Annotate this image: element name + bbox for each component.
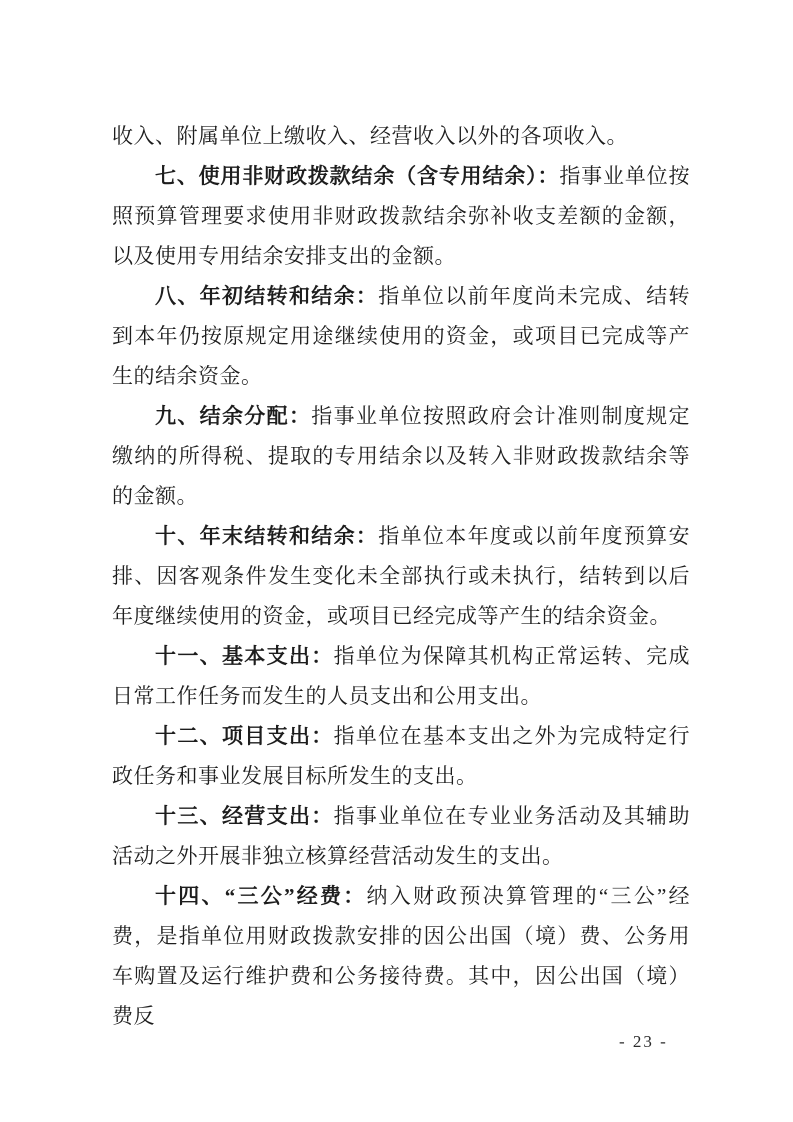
term-label: 十、年末结转和结余： xyxy=(155,524,378,548)
continuation-text: 收入、附属单位上缴收入、经营收入以外的各项收入。 xyxy=(112,124,628,148)
term-label: 十二、项目支出： xyxy=(155,724,334,748)
term-label: 十一、基本支出： xyxy=(155,644,334,668)
definition-paragraph-9: 九、结余分配：指事业单位按照政府会计准则制度规定缴纳的所得税、提取的专用结余以及… xyxy=(112,396,690,516)
document-page: 收入、附属单位上缴收入、经营收入以外的各项收入。 七、使用非财政拨款结余（含专用… xyxy=(0,0,793,1122)
term-label: 十四、“三公”经费： xyxy=(155,884,366,908)
term-label: 七、使用非财政拨款结余（含专用结余）： xyxy=(155,164,559,188)
definition-paragraph-13: 十三、经营支出：指事业单位在专业业务活动及其辅助活动之外开展非独立核算经营活动发… xyxy=(112,796,690,876)
page-number: - 23 - xyxy=(619,1031,668,1053)
term-label: 八、年初结转和结余： xyxy=(155,284,378,308)
definition-paragraph-14: 十四、“三公”经费：纳入财政预决算管理的“三公”经费，是指单位用财政拨款安排的因… xyxy=(112,876,690,1036)
definition-paragraph-11: 十一、基本支出：指单位为保障其机构正常运转、完成日常工作任务而发生的人员支出和公… xyxy=(112,636,690,716)
term-label: 十三、经营支出： xyxy=(155,804,334,828)
definition-paragraph-10: 十、年末结转和结余：指单位本年度或以前年度预算安排、因客观条件发生变化未全部执行… xyxy=(112,516,690,636)
document-body: 收入、附属单位上缴收入、经营收入以外的各项收入。 七、使用非财政拨款结余（含专用… xyxy=(112,116,690,1036)
definition-paragraph-12: 十二、项目支出：指单位在基本支出之外为完成特定行政任务和事业发展目标所发生的支出… xyxy=(112,716,690,796)
continuation-paragraph: 收入、附属单位上缴收入、经营收入以外的各项收入。 xyxy=(112,116,690,156)
definition-paragraph-7: 七、使用非财政拨款结余（含专用结余）：指事业单位按照预算管理要求使用非财政拨款结… xyxy=(112,156,690,276)
term-label: 九、结余分配： xyxy=(155,404,311,428)
definition-paragraph-8: 八、年初结转和结余：指单位以前年度尚未完成、结转到本年仍按原规定用途继续使用的资… xyxy=(112,276,690,396)
